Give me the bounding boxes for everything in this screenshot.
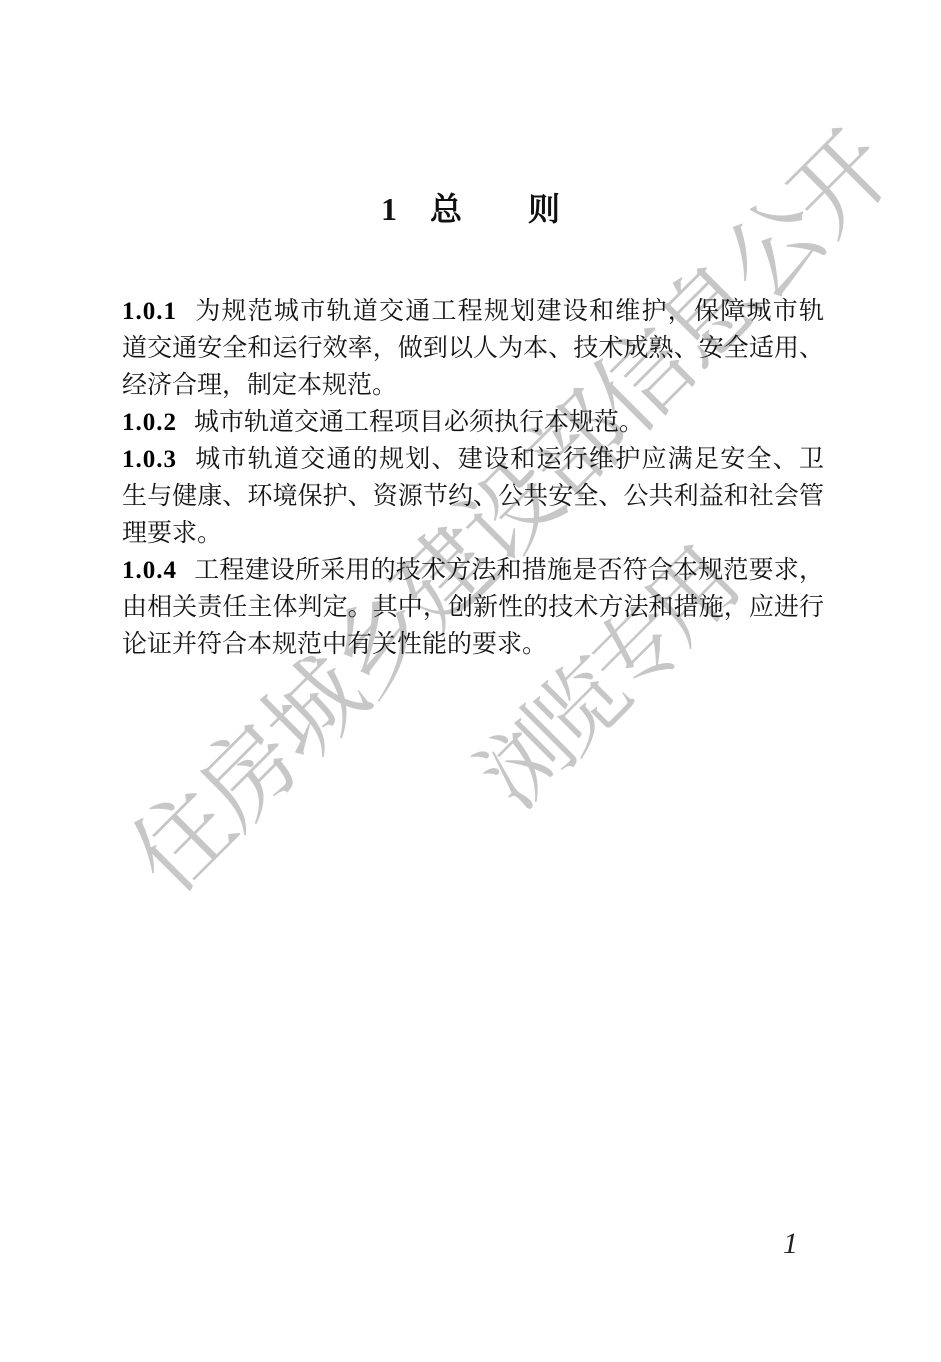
clause-number: 1.0.2 (122, 409, 177, 436)
chapter-title-char-2: 则 (528, 188, 560, 230)
text-line: 道交通安全和运行效率，做到以人为本、技术成熟、安全适用、 (122, 330, 824, 367)
text-line-content: 城市轨道交通的规划、建设和运行维护应满足安全、卫 (194, 446, 824, 473)
text-line-content: 工程建设所采用的技术方法和措施是否符合本规范要求， (194, 557, 824, 584)
clause-1-0-3: 1.0.3城市轨道交通的规划、建设和运行维护应满足安全、卫 生与健康、环境保护、… (122, 441, 824, 552)
clause-1-0-2: 1.0.2城市轨道交通工程项目必须执行本规范。 (122, 404, 824, 441)
clause-number: 1.0.4 (122, 557, 177, 584)
clause-number: 1.0.3 (122, 446, 177, 473)
text-line: 1.0.2城市轨道交通工程项目必须执行本规范。 (122, 404, 824, 441)
text-line: 1.0.4工程建设所采用的技术方法和措施是否符合本规范要求， (122, 552, 824, 589)
clause-1-0-1: 1.0.1为规范城市轨道交通工程规划建设和维护，保障城市轨 道交通安全和运行效率… (122, 293, 824, 404)
page-number: 1 (783, 1226, 798, 1262)
chapter-title-char-1: 总 (430, 188, 462, 230)
text-line-content: 为规范城市轨道交通工程规划建设和维护，保障城市轨 (194, 298, 824, 325)
body-text: 1.0.1为规范城市轨道交通工程规划建设和维护，保障城市轨 道交通安全和运行效率… (122, 293, 824, 663)
text-line: 理要求。 (122, 515, 824, 552)
clause-number: 1.0.1 (122, 298, 177, 325)
text-line: 1.0.3城市轨道交通的规划、建设和运行维护应满足安全、卫 (122, 441, 824, 478)
text-line: 生与健康、环境保护、资源节约、公共安全、公共利益和社会管 (122, 478, 824, 515)
clause-1-0-4: 1.0.4工程建设所采用的技术方法和措施是否符合本规范要求， 由相关责任主体判定… (122, 552, 824, 663)
text-line: 经济合理，制定本规范。 (122, 367, 824, 404)
document-content: 1 总 则 1.0.1为规范城市轨道交通工程规划建设和维护，保障城市轨 道交通安… (0, 0, 941, 1362)
chapter-title: 1 总 则 (0, 188, 941, 230)
text-line-content: 城市轨道交通工程项目必须执行本规范。 (194, 409, 644, 436)
text-line: 1.0.1为规范城市轨道交通工程规划建设和维护，保障城市轨 (122, 293, 824, 330)
text-line: 由相关责任主体判定。其中，创新性的技术方法和措施，应进行 (122, 589, 824, 626)
document-page: 住房城乡建设部信息公开 浏览专用 1 总 则 1.0.1为规范城市轨道交通工程规… (0, 0, 941, 1362)
chapter-number: 1 (381, 188, 397, 230)
text-line: 论证并符合本规范中有关性能的要求。 (122, 626, 824, 663)
